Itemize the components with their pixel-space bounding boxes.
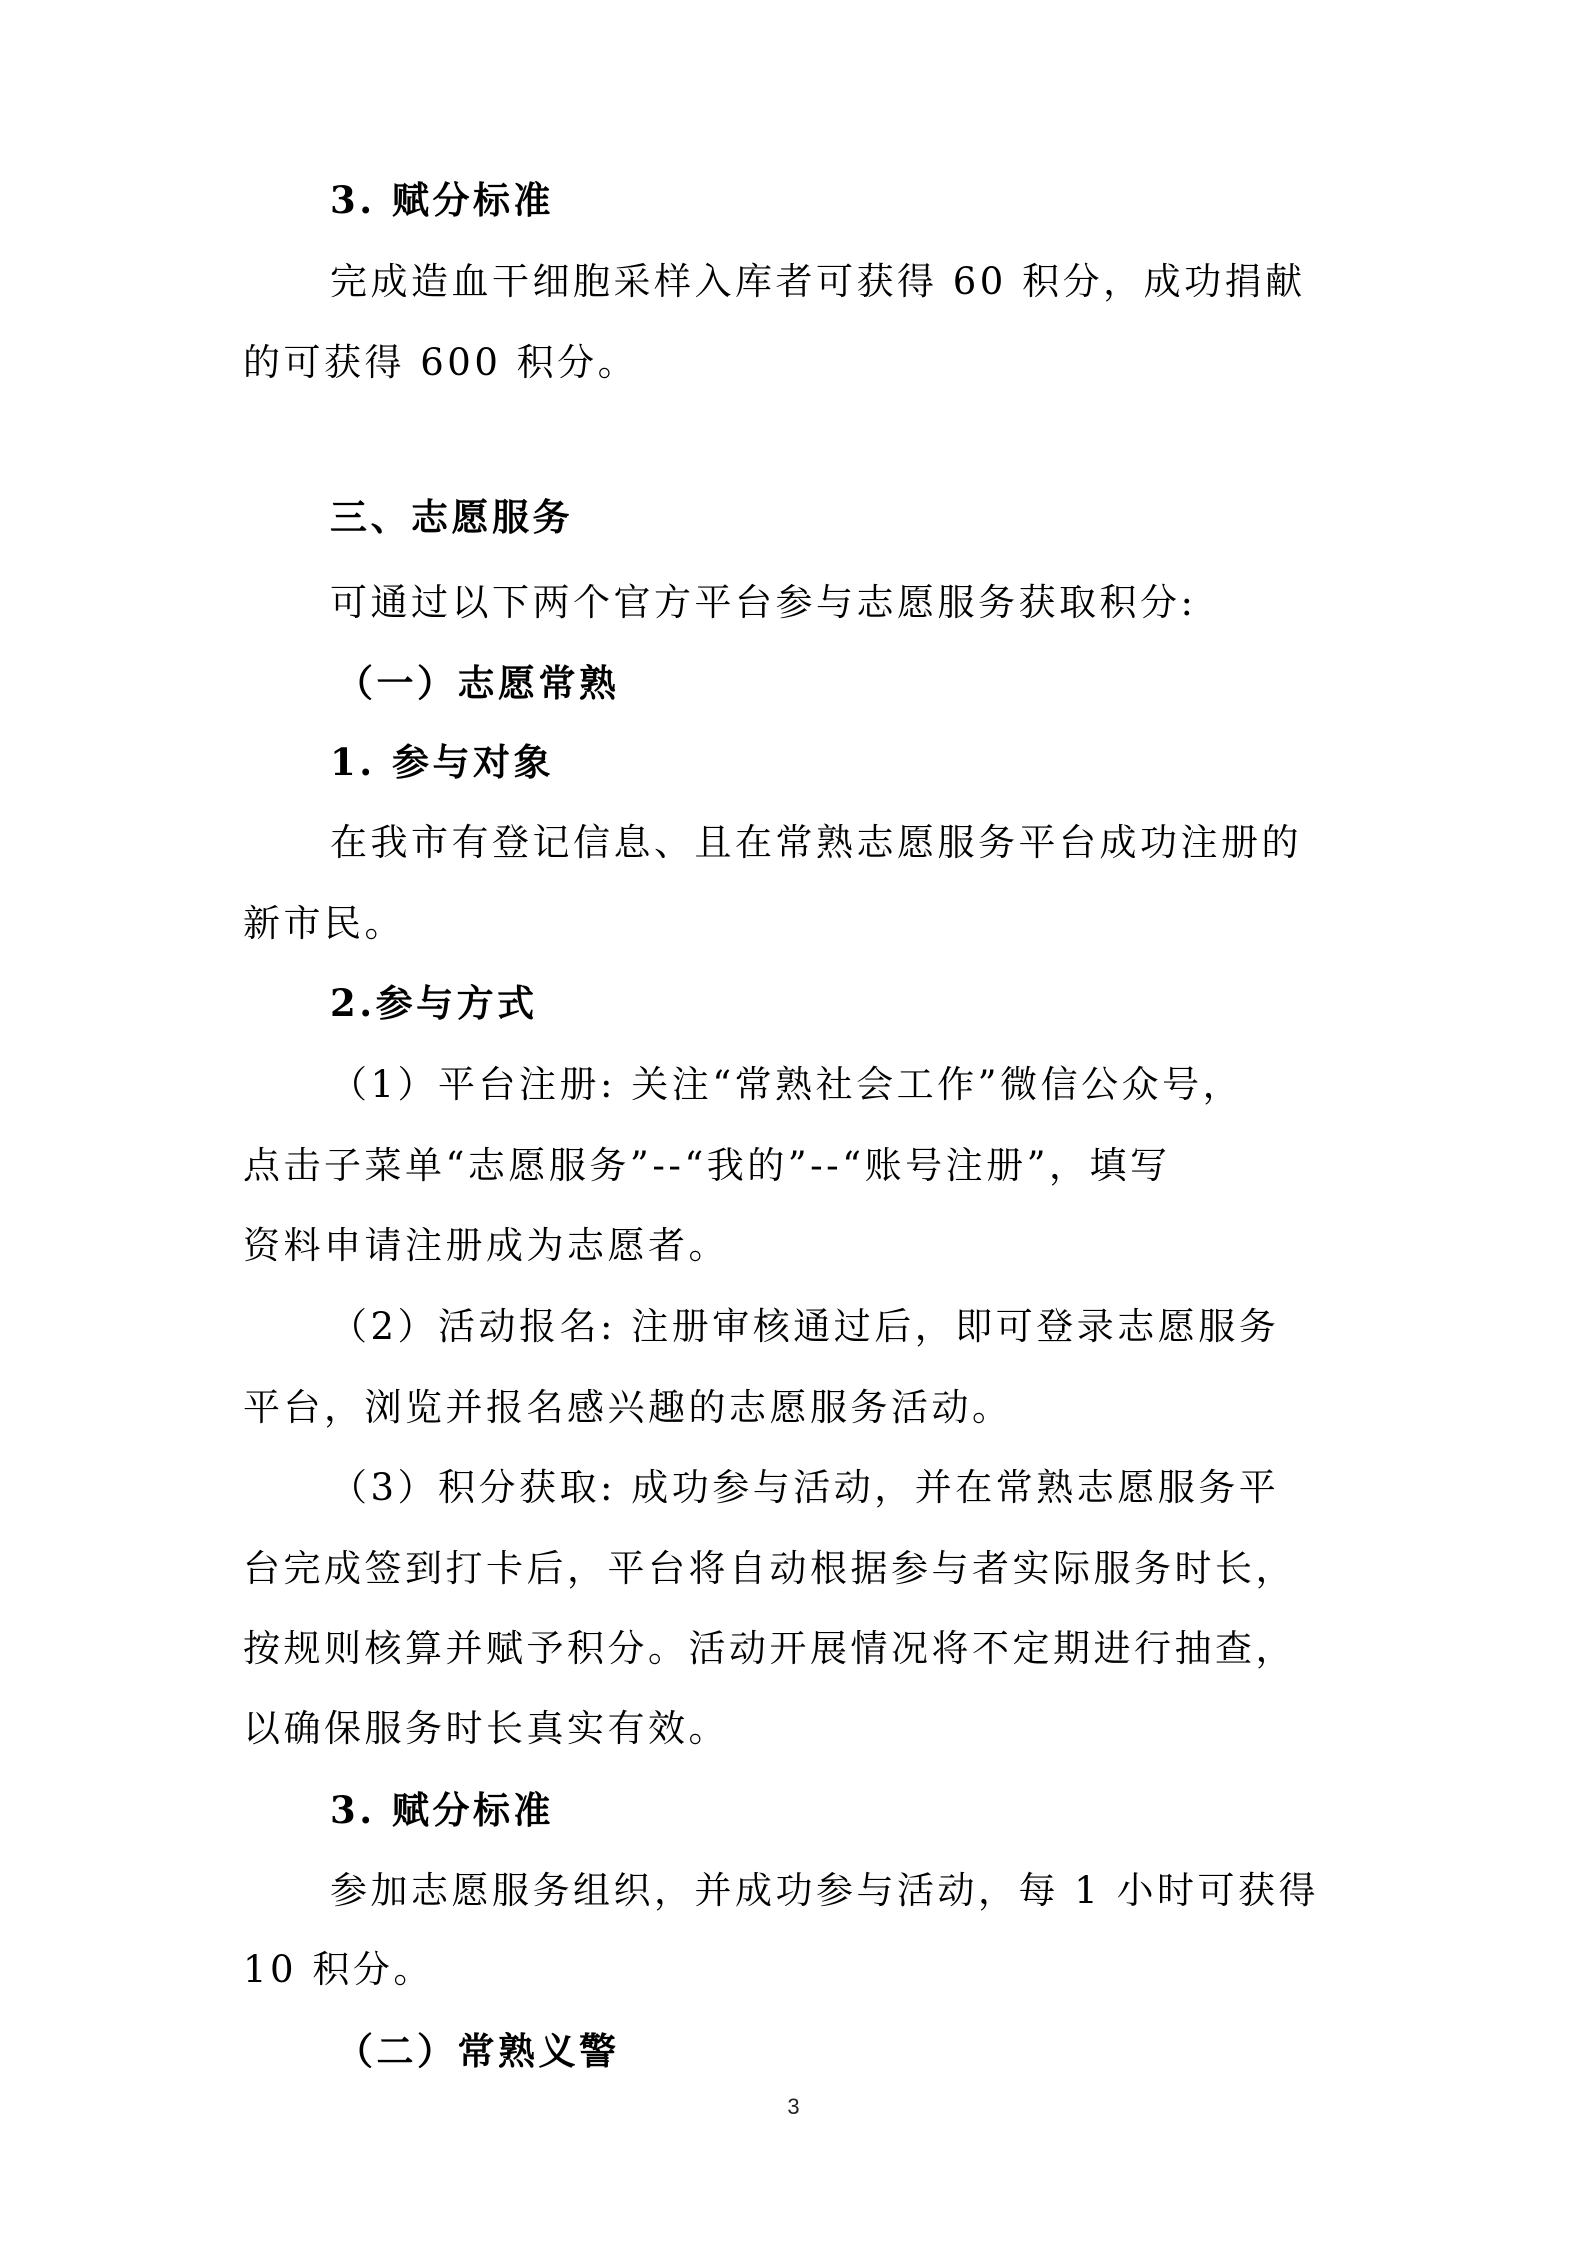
paragraph-line: 以确保服务时长真实有效。 [243,1705,1355,1753]
subsection-heading-volunteer-changshu: （一）志愿常熟 [336,659,1448,707]
subsection-heading-changshu-auxiliary-police: （二）常熟义警 [336,2027,1448,2075]
paragraph-line: 在我市有登记信息、且在常熟志愿服务平台成功注册的 [330,819,1355,867]
paragraph-line: （2）活动报名: 注册审核通过后，即可登录志愿服务 [330,1303,1355,1351]
paragraph-line: 10 积分。 [243,1946,1355,1994]
section-heading-volunteer-service: 三、志愿服务 [330,494,1355,542]
paragraph-line: 的可获得 600 积分。 [243,339,1355,387]
page-number: 3 [0,2094,1587,2120]
paragraph-line: （3）积分获取: 成功参与活动，并在常熟志愿服务平 [330,1464,1355,1512]
subheading-participation-method: 2.参与方式 [330,979,1355,1027]
subheading-scoring-standard-1: 3. 赋分标准 [330,176,1355,224]
paragraph-line: 新市民。 [243,900,1355,948]
paragraph-line: 平台，浏览并报名感兴趣的志愿服务活动。 [243,1384,1355,1432]
document-page: 3. 赋分标准 完成造血干细胞采样入库者可获得 60 积分，成功捐献 的可获得 … [0,0,1587,2245]
paragraph-line: 按规则核算并赋予积分。活动开展情况将不定期进行抽查， [243,1625,1355,1673]
paragraph-line: 台完成签到打卡后，平台将自动根据参与者实际服务时长， [243,1545,1355,1593]
paragraph-line: （1）平台注册: 关注“常熟社会工作”微信公众号， [330,1061,1355,1109]
subheading-scoring-standard-2: 3. 赋分标准 [330,1786,1355,1834]
subheading-participants: 1. 参与对象 [330,738,1355,786]
paragraph-line: 点击子菜单“志愿服务”--“我的”--“账号注册”，填写 [243,1142,1355,1190]
paragraph-line: 可通过以下两个官方平台参与志愿服务获取积分: [330,579,1355,627]
paragraph-line: 完成造血干细胞采样入库者可获得 60 积分，成功捐献 [330,258,1355,306]
paragraph-line: 资料申请注册成为志愿者。 [243,1222,1355,1270]
paragraph-line: 参加志愿服务组织，并成功参与活动，每 1 小时可获得 [330,1867,1355,1915]
